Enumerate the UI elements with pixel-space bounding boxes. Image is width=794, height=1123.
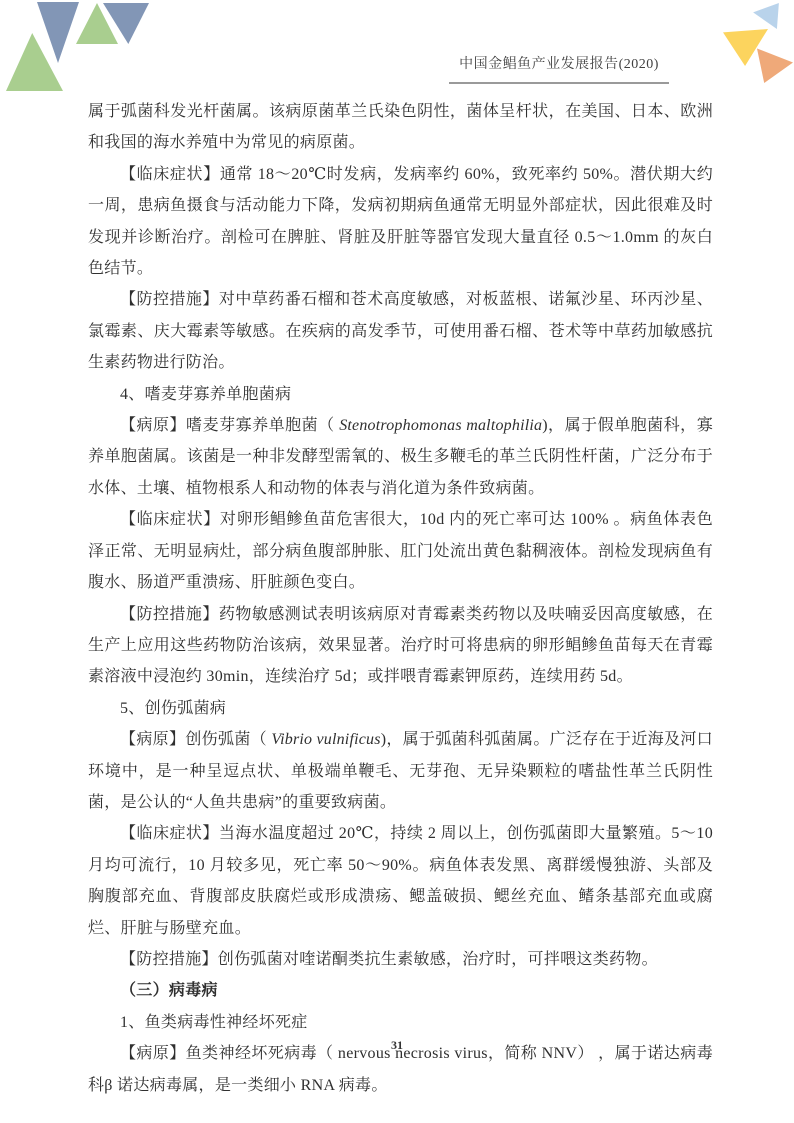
report-title: 中国金鲳鱼产业发展报告(2020) — [459, 57, 659, 72]
text-run: 【病原】嗜麦芽寡养单胞菌（ — [120, 417, 339, 434]
paragraph: 【病原】嗜麦芽寡养单胞菌（ Stenotrophomonas maltophil… — [88, 410, 713, 504]
paragraph: 【防控措施】药物敏感测试表明该病原对青霉素类药物以及呋喃妥因高度敏感，在生产上应… — [88, 599, 713, 693]
text-run: 属于弧菌科发光杆菌属。该病原菌革兰氏染色阴性，菌体呈杆状，在美国、日本、欧洲和我… — [88, 103, 713, 151]
text-run: 【临床症状】对卵形鲳鲹鱼苗危害很大，10d 内的死亡率可达 100% 。病鱼体表… — [88, 511, 713, 591]
text-run: 【防控措施】创伤弧菌对喹诺酮类抗生素敏感，治疗时，可拌喂这类药物。 — [120, 951, 658, 968]
report-header: 中国金鲳鱼产业发展报告(2020) — [449, 53, 669, 84]
paragraph: 4、嗜麦芽寡养单胞菌病 — [88, 379, 713, 410]
text-run: 【临床症状】通常 18～20℃时发病，发病率约 60%，致死率约 50%。潜伏期… — [88, 166, 713, 277]
text-run: 4、嗜麦芽寡养单胞菌病 — [120, 386, 291, 403]
triangle-lightblue-icon — [752, 3, 780, 29]
paragraph: 5、创伤弧菌病 — [88, 693, 713, 724]
paragraph: 【临床症状】对卵形鲳鲹鱼苗危害很大，10d 内的死亡率可达 100% 。病鱼体表… — [88, 504, 713, 598]
paragraph: 【防控措施】创伤弧菌对喹诺酮类抗生素敏感，治疗时，可拌喂这类药物。 — [88, 944, 713, 975]
paragraph: 【病原】创伤弧菌（ Vibrio vulnificus)，属于弧菌科弧菌属。广泛… — [88, 724, 713, 818]
document-page: 中国金鲳鱼产业发展报告(2020) 属于弧菌科发光杆菌属。该病原菌革兰氏染色阴性… — [0, 0, 794, 1123]
species-name: Vibrio vulnificus — [271, 731, 380, 748]
paragraph: 【临床症状】通常 18～20℃时发病，发病率约 60%，致死率约 50%。潜伏期… — [88, 159, 713, 285]
text-run: 【病原】创伤弧菌（ — [120, 731, 271, 748]
text-run: 【临床症状】当海水温度超过 20℃，持续 2 周以上，创伤弧菌即大量繁殖。5～1… — [88, 825, 713, 936]
paragraph: 【防控措施】对中草药番石榴和苍术高度敏感，对板蓝根、诺氟沙星、环丙沙星、氯霉素、… — [88, 284, 713, 378]
paragraph: 属于弧菌科发光杆菌属。该病原菌革兰氏染色阴性，菌体呈杆状，在美国、日本、欧洲和我… — [88, 96, 713, 159]
paragraph: 1、鱼类病毒性神经坏死症 — [88, 1007, 713, 1038]
text-run: （三）病毒病 — [120, 982, 218, 999]
text-run: 1、鱼类病毒性神经坏死症 — [120, 1014, 308, 1031]
document-body: 属于弧菌科发光杆菌属。该病原菌革兰氏染色阴性，菌体呈杆状，在美国、日本、欧洲和我… — [88, 96, 713, 1101]
triangle-orange-icon — [757, 47, 793, 83]
page-footer: 31 — [0, 1038, 794, 1053]
text-run: 【防控措施】药物敏感测试表明该病原对青霉素类药物以及呋喃妥因高度敏感，在生产上应… — [88, 606, 713, 686]
page-number: 31 — [391, 1038, 403, 1052]
text-run: 【防控措施】对中草药番石榴和苍术高度敏感，对板蓝根、诺氟沙星、环丙沙星、氯霉素、… — [88, 291, 713, 371]
paragraph: （三）病毒病 — [88, 975, 713, 1006]
text-run: 5、创伤弧菌病 — [120, 700, 226, 717]
paragraph: 【临床症状】当海水温度超过 20℃，持续 2 周以上，创伤弧菌即大量繁殖。5～1… — [88, 818, 713, 944]
species-name: Stenotrophomonas maltophilia — [339, 417, 542, 434]
